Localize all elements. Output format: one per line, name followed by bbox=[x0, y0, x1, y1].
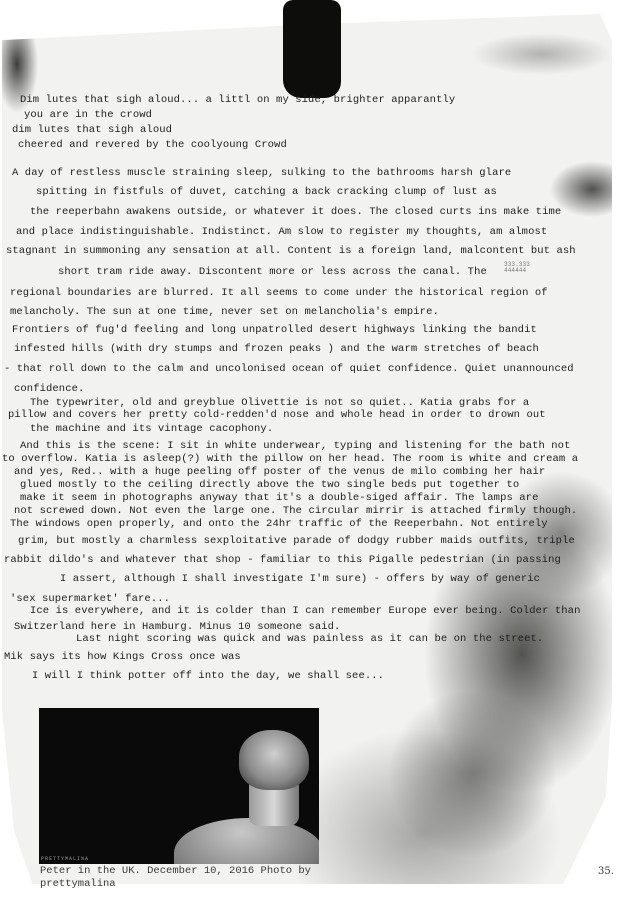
text-line: regional boundaries are blurred. It all … bbox=[10, 288, 548, 299]
text-line: the machine and its vintage cacophony. bbox=[30, 424, 273, 435]
page-number: 35. bbox=[598, 866, 614, 877]
text-line: stagnant in summoning any sensation at a… bbox=[6, 246, 576, 257]
text-line: dim lutes that sigh aloud bbox=[12, 125, 172, 136]
concert-photo: PRETTYMALINA bbox=[39, 708, 319, 864]
text-line: A day of restless muscle straining sleep… bbox=[12, 168, 511, 179]
text-line: not screwed down. Not even the large one… bbox=[14, 506, 577, 517]
text-line: infested hills (with dry stumps and froz… bbox=[14, 344, 539, 355]
text-line: cheered and revered by the coolyoung Cro… bbox=[18, 140, 287, 151]
text-line: - that roll down to the calm and uncolon… bbox=[4, 364, 574, 375]
text-line: And this is the scene: I sit in white un… bbox=[20, 441, 571, 452]
text-line: grim, but mostly a charmless sexploitati… bbox=[18, 536, 575, 547]
text-line: pillow and covers her pretty cold-redden… bbox=[8, 410, 546, 421]
text-line: confidence. bbox=[14, 384, 84, 395]
text-line: and place indistinguishable. Indistinct.… bbox=[16, 227, 547, 238]
photo-caption-line1: Peter in the UK. December 10, 2016 Photo… bbox=[40, 866, 311, 877]
text-line: to overflow. Katia is asleep(?) with the… bbox=[2, 454, 578, 465]
text-line: the reeperbahn awakens outside, or whate… bbox=[30, 207, 561, 218]
text-line: I will I think potter off into the day, … bbox=[32, 671, 384, 682]
text-line: Dim lutes that sigh aloud... a littl on … bbox=[20, 95, 455, 106]
text-line: and yes, Red.. with a huge peeling off p… bbox=[14, 467, 545, 478]
text-line: make it seem in photographs anyway that … bbox=[20, 493, 538, 504]
text-line: you are in the crowd bbox=[24, 110, 152, 121]
marginal-note: 333.333 444444 bbox=[504, 262, 534, 274]
text-line: melancholy. The sun at one time, never s… bbox=[10, 307, 439, 318]
text-line: Last night scoring was quick and was pai… bbox=[76, 634, 543, 645]
text-line: Mik says its how Kings Cross once was bbox=[4, 652, 241, 663]
photo-watermark: PRETTYMALINA bbox=[41, 856, 89, 862]
text-line: Switzerland here in Hamburg. Minus 10 so… bbox=[14, 622, 340, 633]
text-line: I assert, although I shall investigate I… bbox=[60, 574, 540, 585]
text-line: Ice is everywhere, and it is colder than… bbox=[30, 606, 581, 617]
black-tape-strip bbox=[283, 0, 341, 98]
photo-figure-head bbox=[239, 730, 309, 790]
text-line: short tram ride away. Discontent more or… bbox=[58, 267, 487, 278]
text-line: rabbit dildo's and whatever that shop - … bbox=[4, 555, 561, 566]
text-line: The typewriter, old and greyblue Olivett… bbox=[30, 398, 529, 409]
text-line: spitting in fistfuls of duvet, catching … bbox=[36, 187, 497, 198]
photo-figure-shoulders bbox=[174, 818, 319, 864]
text-line: The windows open properly, and onto the … bbox=[10, 519, 548, 530]
photo-caption-line2: prettymalina bbox=[40, 879, 116, 890]
text-line: 'sex supermarket' fare... bbox=[10, 594, 170, 605]
text-line: glued mostly to the ceiling directly abo… bbox=[20, 480, 519, 491]
text-line: Frontiers of fug'd feeling and long unpa… bbox=[12, 325, 537, 336]
